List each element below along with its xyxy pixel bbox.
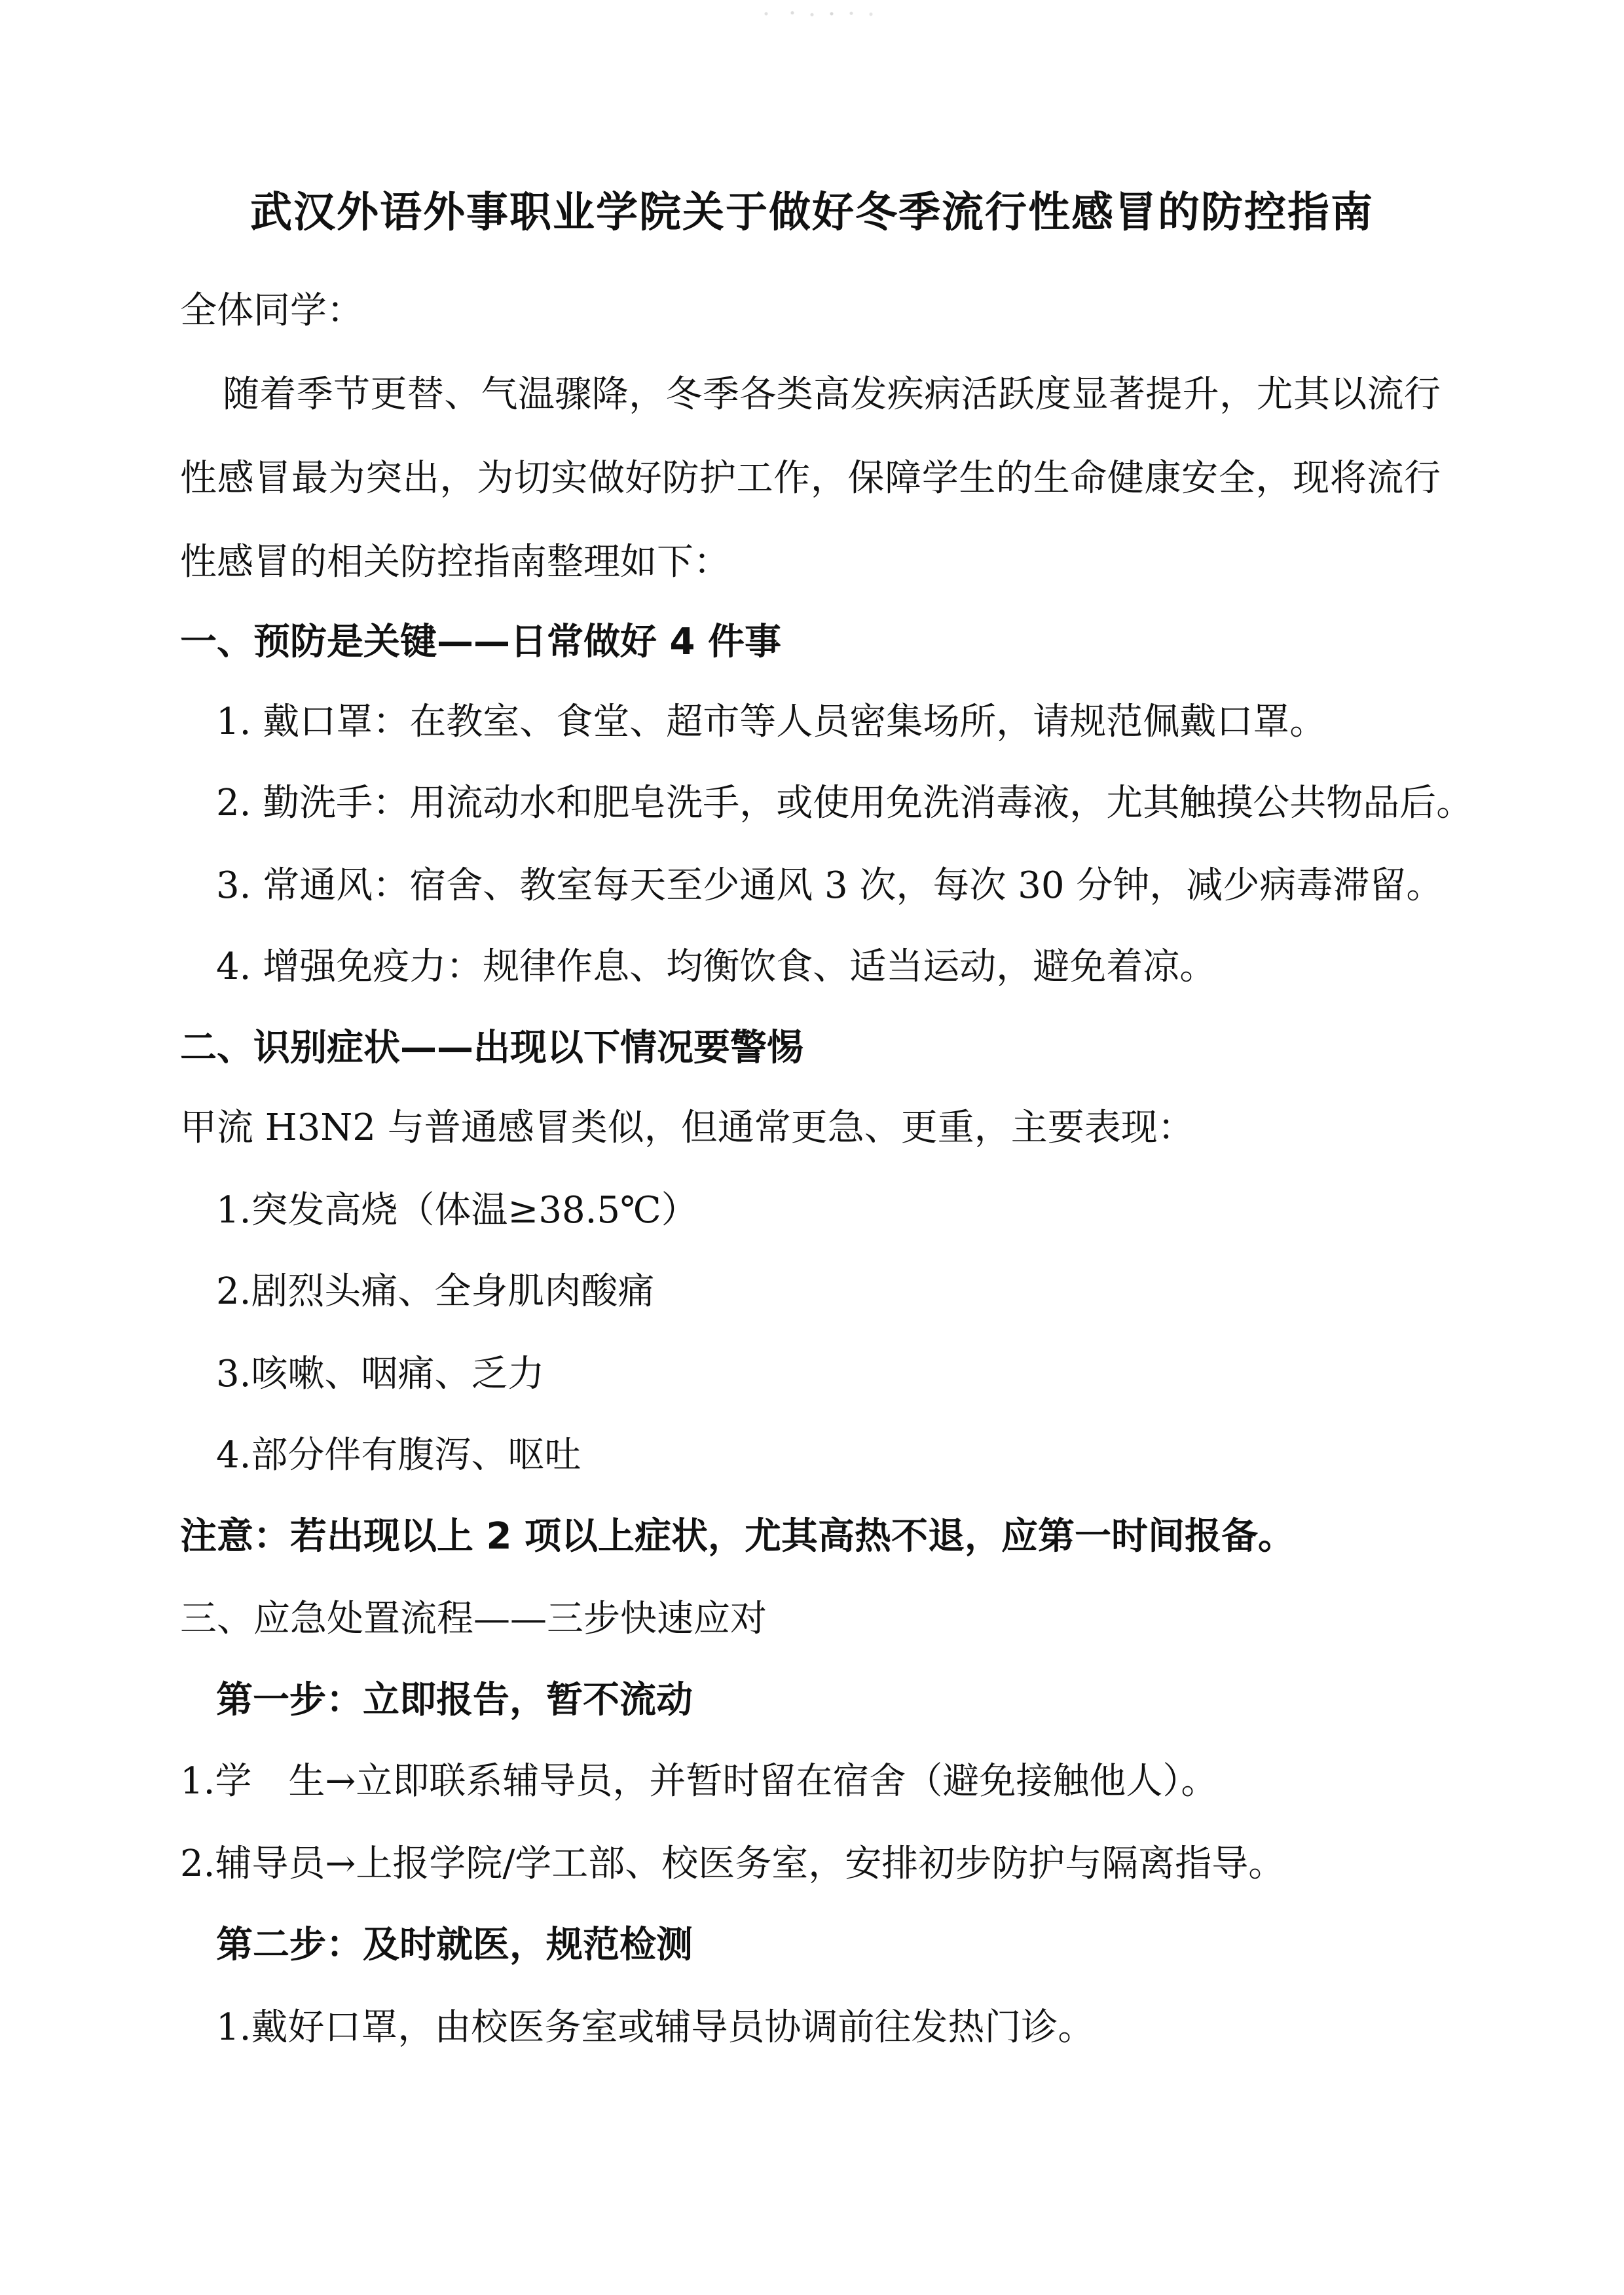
step1-heading: 第一步：立即报告，暂不流动 [216, 1678, 693, 1723]
section2-heading: 二、识别症状——出现以下情况要警惕 [180, 1025, 803, 1071]
symptom-lead: 甲流 H3N2 与普通感冒类似，但通常更急、更重，主要表现： [180, 1105, 1194, 1151]
intro-line-1: 随着季节更替、气温骤降，冬季各类高发疾病活跃度显著提升，尤其以流行 [223, 372, 1441, 418]
scan-artifact [753, 9, 884, 18]
section1-heading: 一、预防是关键——日常做好 4 件事 [180, 619, 781, 665]
intro-line-2: 性感冒最为突出，为切实做好防护工作，保障学生的生命健康安全，现将流行 [180, 456, 1441, 502]
symptom-item-2: 2.剧烈头痛、全身肌肉酸痛 [216, 1269, 654, 1315]
symptom-item-1: 1.突发高烧（体温≥38.5℃） [216, 1188, 698, 1234]
step2-heading: 第二步：及时就医，规范检测 [216, 1922, 693, 1968]
step1-item-2: 2.辅导员→上报学院/学工部、校医务室，安排初步防护与隔离指导。 [180, 1841, 1285, 1887]
document-title: 武汉外语外事职业学院关于做好冬季流行性感冒的防控指南 [0, 183, 1624, 242]
intro-line-3: 性感冒的相关防控指南整理如下： [180, 540, 730, 585]
prevention-item-1: 1. 戴口罩：在教室、食堂、超市等人员密集场所，请规范佩戴口罩。 [216, 699, 1326, 745]
step2-item-1: 1.戴好口罩，由校医务室或辅导员协调前往发热门诊。 [216, 2005, 1094, 2051]
symptom-item-3: 3.咳嗽、咽痛、乏力 [216, 1351, 544, 1397]
prevention-item-3: 3. 常通风：宿舍、教室每天至少通风 3 次，每次 30 分钟，减少病毒滞留。 [216, 863, 1443, 909]
symptom-note: 注意：若出现以上 2 项以上症状，尤其高热不退，应第一时间报备。 [180, 1514, 1295, 1560]
prevention-item-2: 2. 勤洗手：用流动水和肥皂洗手，或使用免洗消毒液，尤其触摸公共物品后。 [216, 780, 1473, 826]
symptom-item-4: 4.部分伴有腹泻、呕吐 [216, 1433, 581, 1478]
section3-heading: 三、应急处置流程——三步快速应对 [180, 1596, 767, 1642]
step1-item-1: 1.学 生→立即联系辅导员，并暂时留在宿舍（避免接触他人）。 [180, 1759, 1217, 1805]
salutation: 全体同学： [180, 288, 363, 334]
prevention-item-4: 4. 增强免疫力：规律作息、均衡饮食、适当运动，避免着凉。 [216, 944, 1216, 990]
